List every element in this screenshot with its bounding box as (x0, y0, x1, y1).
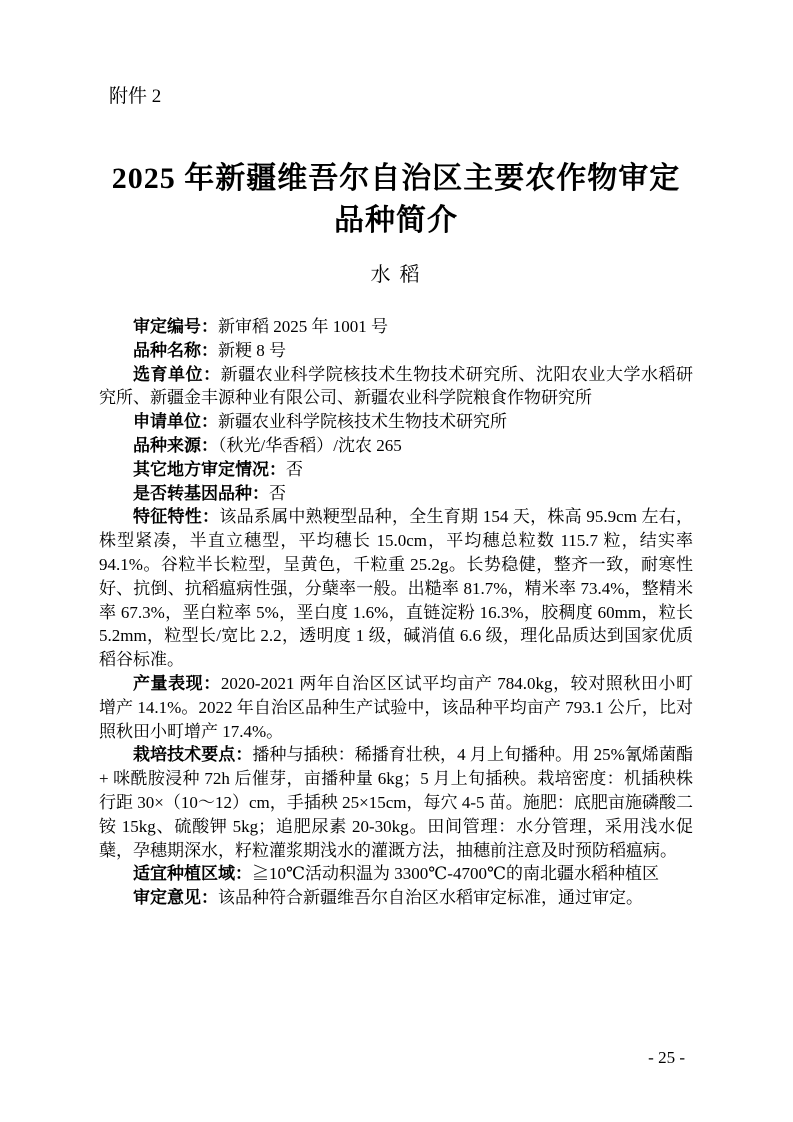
field-suitable-planting-area: 适宜种植区域：≧10℃活动积温为 3300℃-4700℃的南北疆水稻种植区 (99, 862, 693, 886)
page-number: - 25 - (648, 1048, 685, 1068)
document-title-line-1: 2025 年新疆维吾尔自治区主要农作物审定 (99, 158, 693, 200)
field-value: （秋光/华香稻）/沈农 265 (218, 436, 402, 455)
attachment-label: 附件 2 (109, 86, 693, 108)
field-value: 该品系属中熟粳型品种，全生育期 154 天，株高 95.9cm 左右，株型紧凑，… (99, 507, 693, 669)
field-label: 适宜种植区域： (133, 864, 252, 883)
field-value: 新审稻 2025 年 1001 号 (218, 317, 388, 336)
field-label: 其它地方审定情况： (133, 460, 286, 479)
field-value: 否 (269, 484, 286, 503)
field-characteristics: 特征特性：该品系属中熟粳型品种，全生育期 154 天，株高 95.9cm 左右，… (99, 505, 693, 672)
field-variety-origin: 品种来源：（秋光/华香稻）/沈农 265 (99, 434, 693, 458)
document-title-line-2: 品种简介 (99, 200, 693, 242)
field-variety-name: 品种名称：新粳 8 号 (99, 339, 693, 363)
document-title: 2025 年新疆维吾尔自治区主要农作物审定 品种简介 (99, 158, 693, 242)
field-label: 品种名称： (133, 341, 218, 360)
field-label: 栽培技术要点： (133, 745, 252, 764)
field-label: 产量表现： (133, 674, 221, 693)
field-certification-number: 审定编号：新审稻 2025 年 1001 号 (99, 315, 693, 339)
field-label: 品种来源： (133, 436, 218, 455)
field-applicant-organization: 申请单位：新疆农业科学院核技术生物技术研究所 (99, 410, 693, 434)
document-page: 附件 2 2025 年新疆维吾尔自治区主要农作物审定 品种简介 水 稻 审定编号… (0, 0, 793, 1122)
document-subtitle: 水 稻 (99, 258, 693, 287)
field-yield-performance: 产量表现：2020-2021 两年自治区区试平均亩产 784.0kg，较对照秋田… (99, 672, 693, 743)
field-breeding-organization: 选育单位：新疆农业科学院核技术生物技术研究所、沈阳农业大学水稻研究所、新疆金丰源… (99, 363, 693, 411)
field-label: 审定意见： (133, 888, 218, 907)
field-value: 该品种符合新疆维吾尔自治区水稻审定标准，通过审定。 (218, 888, 643, 907)
field-label: 特征特性： (133, 507, 219, 526)
field-certification-opinion: 审定意见：该品种符合新疆维吾尔自治区水稻审定标准，通过审定。 (99, 886, 693, 910)
field-label: 申请单位： (133, 412, 218, 431)
field-value: ≧10℃活动积温为 3300℃-4700℃的南北疆水稻种植区 (252, 864, 659, 883)
document-body: 审定编号：新审稻 2025 年 1001 号 品种名称：新粳 8 号 选育单位：… (99, 315, 693, 910)
field-value: 新疆农业科学院核技术生物技术研究所 (218, 412, 507, 431)
field-label: 审定编号： (133, 317, 218, 336)
field-label: 是否转基因品种： (133, 484, 269, 503)
field-value: 否 (286, 460, 303, 479)
field-label: 选育单位： (133, 365, 221, 384)
field-gmo-status: 是否转基因品种：否 (99, 482, 693, 506)
field-other-certification-status: 其它地方审定情况：否 (99, 458, 693, 482)
field-value: 新粳 8 号 (218, 341, 286, 360)
field-cultivation-techniques: 栽培技术要点：播种与插秧：稀播育壮秧，4 月上旬播种。用 25%氰烯菌酯 + 咪… (99, 743, 693, 862)
